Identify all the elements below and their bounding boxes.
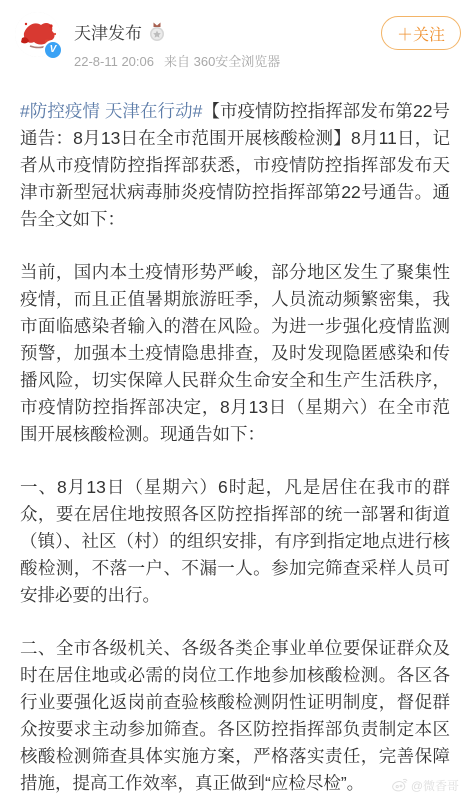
paragraph-item-2: 二、全市各级机关、各级各类企事业单位要保证群众及时在居住地或必需的岗位工作地参加… [20,635,450,797]
paragraph-item-1: 一、8月13日（星期六）6时起，凡是居住在我市的群众，要在居住地按照各区防控指挥… [20,474,450,609]
medal-icon [149,22,165,42]
post-meta-line: 22-8-11 20:06来自 360安全浏览器 [74,51,469,70]
verified-badge-icon: V [43,40,63,60]
author-name[interactable]: 天津发布 [74,19,142,44]
follow-button[interactable]: ＋关注 [381,16,461,50]
paragraph-situation: 当前，国内本土疫情形势严峻，部分地区发生了聚集性疫情，而且正值暑期旅游旺季，人员… [20,259,450,448]
hashtag-link[interactable]: #防控疫情 天津在行动# [20,101,202,121]
post-content: #防控疫情 天津在行动#【市疫情防控指挥部发布第22号通告：8月13日在全市范围… [0,98,469,797]
paragraph-intro: #防控疫情 天津在行动#【市疫情防控指挥部发布第22号通告：8月13日在全市范围… [20,98,450,233]
weibo-post-card: V 天津发布 22-8-11 20:06来自 360安全浏览器 ＋关注 #防控疫… [0,0,469,800]
post-header: V 天津发布 22-8-11 20:06来自 360安全浏览器 ＋关注 [0,0,469,72]
source-app: 来自 360安全浏览器 [164,54,280,69]
avatar[interactable]: V [15,12,60,57]
timestamp: 22-8-11 20:06 [74,54,154,69]
